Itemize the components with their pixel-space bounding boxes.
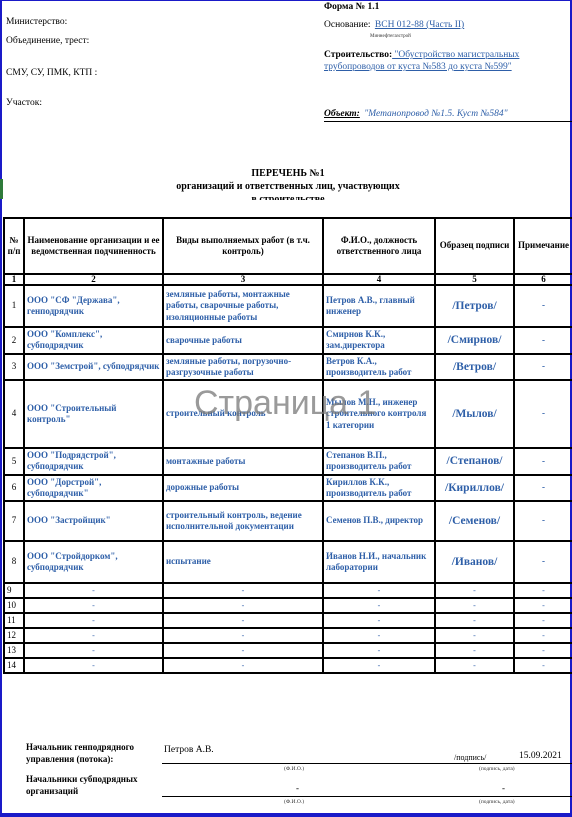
header-signature: Образец подписи (435, 218, 514, 274)
general-contractor-date: 15.09.2021 (519, 751, 562, 761)
table-row: 8ООО "Стройдорком", субподрядчикиспытани… (4, 541, 572, 583)
works-cell: испытание (163, 541, 323, 583)
object-underline (324, 121, 572, 122)
empty-cell: - (323, 658, 435, 673)
works-cell: дорожные работы (163, 475, 323, 502)
person-cell: Степанов В.П., производитель работ (323, 448, 435, 475)
subcontractors-name: - (296, 783, 299, 793)
object-value: "Метанопровод №1.5. Куст №584" (364, 109, 507, 119)
note-cell: - (514, 475, 572, 502)
note-cell: - (514, 354, 572, 381)
person-cell: Смирнов К.К., зам.директора (323, 327, 435, 354)
general-contractor-label: Начальник генподрядного управления (пото… (26, 741, 134, 765)
works-cell: строительный контроль (163, 380, 323, 448)
smu-label: СМУ, СУ, ПМК, КТП : (6, 68, 97, 78)
colnum-2: 2 (24, 274, 163, 285)
organization-cell: ООО "Стройдорком", субподрядчик (24, 541, 163, 583)
signature-cell: /Иванов/ (435, 541, 514, 583)
form-number: Форма № 1.1 (324, 2, 379, 12)
empty-cell: - (323, 643, 435, 658)
general-signature-line (162, 763, 572, 764)
row-number: 11 (4, 613, 24, 628)
empty-cell: - (163, 598, 323, 613)
title-line3: в строительстве (2, 193, 572, 200)
organization-cell: ООО "Застройщик" (24, 501, 163, 541)
works-cell: земляные работы, монтажные работы, сваро… (163, 285, 323, 327)
person-cell: Кириллов К.К., производитель работ (323, 475, 435, 502)
empty-cell: - (24, 613, 163, 628)
empty-cell: - (323, 628, 435, 643)
subcontractors-label: Начальники субподрядных организаций (26, 773, 137, 797)
empty-cell: - (435, 658, 514, 673)
table-row-empty: 11----- (4, 613, 572, 628)
row-number: 8 (4, 541, 24, 583)
column-numbers-row: 1 2 3 4 5 6 (4, 274, 572, 285)
empty-cell: - (514, 598, 572, 613)
colnum-5: 5 (435, 274, 514, 285)
empty-cell: - (435, 643, 514, 658)
table-row-empty: 14----- (4, 658, 572, 673)
empty-cell: - (163, 628, 323, 643)
document-title: ПЕРЕЧЕНЬ №1 организаций и ответственных … (2, 167, 572, 200)
signature-cell: /Кириллов/ (435, 475, 514, 502)
table-row: 4ООО "Строительный контроль"строительный… (4, 380, 572, 448)
empty-cell: - (514, 583, 572, 598)
empty-cell: - (163, 583, 323, 598)
colnum-1: 1 (4, 274, 24, 285)
empty-cell: - (435, 613, 514, 628)
table-header-row: № п/п Наименование организации и ее ведо… (4, 218, 572, 274)
note-cell: - (514, 327, 572, 354)
empty-cell: - (514, 658, 572, 673)
table-row-empty: 10----- (4, 598, 572, 613)
header-number: № п/п (4, 218, 24, 274)
organization-cell: ООО "Комплекс", субподрядчик (24, 327, 163, 354)
table-row-empty: 13----- (4, 643, 572, 658)
empty-cell: - (24, 643, 163, 658)
works-cell: сварочные работы (163, 327, 323, 354)
sub-signature-line (162, 796, 572, 797)
object-field: Объект: "Метанопровод №1.5. Куст №584" (324, 109, 508, 119)
note-cell: - (514, 448, 572, 475)
row-number: 12 (4, 628, 24, 643)
header-organization: Наименование организации и ее ведомствен… (24, 218, 163, 274)
basis-field: Основание: ВСН 012-88 (Часть II) (324, 20, 464, 30)
row-number: 3 (4, 354, 24, 381)
person-cell: Петров А.В., главный инженер (323, 285, 435, 327)
basis-value: ВСН 012-88 (Часть II) (375, 20, 464, 30)
table-row: 1ООО "СФ "Держава", генподрядчикземляные… (4, 285, 572, 327)
ministry-label: Министерство: (6, 17, 67, 27)
organization-cell: ООО "Земстрой", субподрядчик (24, 354, 163, 381)
colnum-6: 6 (514, 274, 572, 285)
empty-cell: - (24, 628, 163, 643)
colnum-4: 4 (323, 274, 435, 285)
empty-cell: - (514, 613, 572, 628)
works-cell: земляные работы, погрузочно-разгрузочные… (163, 354, 323, 381)
person-cell: Иванов Н.И., начальник лаборатории (323, 541, 435, 583)
signature-cell: /Мылов/ (435, 380, 514, 448)
organization-cell: ООО "Подрядстрой", субподрядчик (24, 448, 163, 475)
empty-cell: - (163, 658, 323, 673)
header-person: Ф.И.О., должность ответственного лица (323, 218, 435, 274)
basis-sub: Миннефтегазстрой (370, 34, 411, 39)
row-number: 10 (4, 598, 24, 613)
works-cell: монтажные работы (163, 448, 323, 475)
table-row-empty: 9----- (4, 583, 572, 598)
organization-cell: ООО "СФ "Держава", генподрядчик (24, 285, 163, 327)
row-number: 2 (4, 327, 24, 354)
construction-value-line2: трубопроводов от куста №583 до куста №59… (324, 62, 512, 72)
empty-cell: - (514, 643, 572, 658)
table-row: 6ООО "Дорстрой", субподрядчик"дорожные р… (4, 475, 572, 502)
empty-cell: - (323, 583, 435, 598)
signature-cell: /Петров/ (435, 285, 514, 327)
organization-cell: ООО "Строительный контроль" (24, 380, 163, 448)
construction-field: Строительство: "Обустройство магистральн… (324, 49, 519, 73)
row-number: 14 (4, 658, 24, 673)
association-label: Объединение, трест: (6, 36, 89, 46)
construction-label: Строительство: (324, 50, 392, 60)
row-number: 9 (4, 583, 24, 598)
sign-date-caption-1: (подпись, дата) (479, 766, 515, 772)
empty-cell: - (435, 628, 514, 643)
general-contractor-name: Петров А.В. (164, 745, 214, 755)
person-cell: Семенов П.В., директор (323, 501, 435, 541)
fio-caption-1: (Ф.И.О.) (284, 766, 304, 772)
document-page: Министерство: Объединение, трест: СМУ, С… (0, 0, 572, 817)
empty-cell: - (24, 658, 163, 673)
table-row: 3ООО "Земстрой", субподрядчикземляные ра… (4, 354, 572, 381)
title-line2: организаций и ответственных лиц, участву… (2, 180, 572, 193)
person-cell: Мылов М.Н., инженер строительного контро… (323, 380, 435, 448)
title-line1: ПЕРЕЧЕНЬ №1 (2, 167, 572, 180)
basis-label: Основание: (324, 20, 371, 30)
fio-caption-2: (Ф.И.О.) (284, 799, 304, 805)
signature-cell: /Семенов/ (435, 501, 514, 541)
sign-date-caption-2: (подпись, дата) (479, 799, 515, 805)
empty-cell: - (435, 583, 514, 598)
signature-cell: /Ветров/ (435, 354, 514, 381)
person-cell: Ветров К.А., производитель работ (323, 354, 435, 381)
empty-cell: - (24, 583, 163, 598)
empty-cell: - (435, 598, 514, 613)
section-label: Участок: (6, 98, 42, 108)
empty-cell: - (24, 598, 163, 613)
note-cell: - (514, 541, 572, 583)
row-number: 6 (4, 475, 24, 502)
subcontractors-sign: - (502, 783, 505, 793)
signature-cell: /Степанов/ (435, 448, 514, 475)
note-cell: - (514, 380, 572, 448)
table-row: 7ООО "Застройщик"строительный контроль, … (4, 501, 572, 541)
row-number: 4 (4, 380, 24, 448)
general-contractor-sign: /подпись/ (454, 753, 486, 762)
row-number: 1 (4, 285, 24, 327)
header-note: Примечание (514, 218, 572, 274)
colnum-3: 3 (163, 274, 323, 285)
note-cell: - (514, 285, 572, 327)
note-cell: - (514, 501, 572, 541)
empty-cell: - (163, 613, 323, 628)
organizations-table: № п/п Наименование организации и ее ведо… (3, 217, 572, 674)
signature-cell: /Смирнов/ (435, 327, 514, 354)
table-row: 2ООО "Комплекс", субподрядчиксварочные р… (4, 327, 572, 354)
works-cell: строительный контроль, ведение исполните… (163, 501, 323, 541)
construction-value-line1: "Обустройство магистральных (392, 50, 519, 60)
table-row: 5ООО "Подрядстрой", субподрядчикмонтажны… (4, 448, 572, 475)
row-number: 5 (4, 448, 24, 475)
row-number: 13 (4, 643, 24, 658)
row-number: 7 (4, 501, 24, 541)
empty-cell: - (514, 628, 572, 643)
object-label: Объект: (324, 109, 360, 119)
header-works: Виды выполняемых работ (в т.ч. контроль) (163, 218, 323, 274)
table-row-empty: 12----- (4, 628, 572, 643)
organization-cell: ООО "Дорстрой", субподрядчик" (24, 475, 163, 502)
empty-cell: - (323, 598, 435, 613)
empty-cell: - (323, 613, 435, 628)
empty-cell: - (163, 643, 323, 658)
